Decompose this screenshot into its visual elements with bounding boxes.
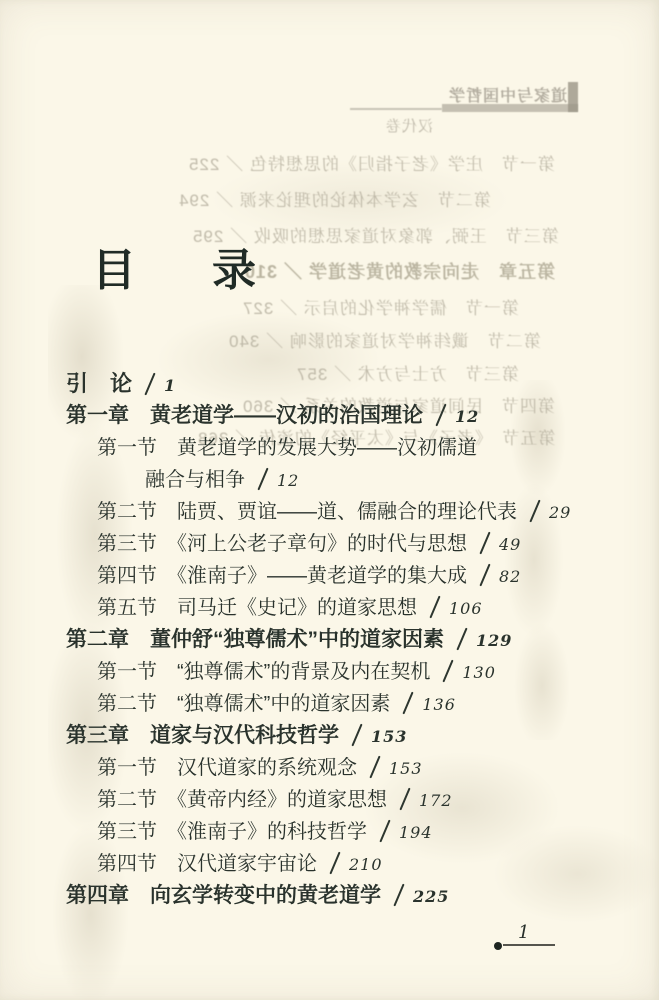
toc-entry-page: 12 [277,471,299,490]
slash-separator [401,691,415,715]
toc-entry-page: 1 [164,376,176,395]
slash-separator [434,403,448,427]
toc-entry-label: 第三节 《淮南子》的科技哲学 [97,821,367,843]
toc-entry: 第四节 汉代道家宇宙论210 [0,848,659,880]
toc-entry: 第三章 道家与汉代科技哲学153 [0,720,659,752]
toc-entry: 融合与相争12 [0,464,659,496]
toc-entry-label: 第二节 陆贾、贾谊——道、儒融合的理论代表 [97,501,517,523]
toc-entry-page: 129 [476,631,512,650]
toc-entry-label: 第二章 董仲舒“独尊儒术”中的道家因素 [66,628,444,651]
slash-separator [350,723,364,747]
toc-entry-label: 引 论 [66,371,132,396]
toc-page-content: 目 录 引 论1 第一章 黄老道学——汉初的治国理论12 第一节 黄老道学的发展… [0,0,659,1000]
toc-entry-label: 第二节 “独尊儒术”中的道家因素 [97,693,390,715]
book-page: 道家与中国哲学 汉代卷 第一节 庄学《老子指归》的思想特色 ／ 225第二节 玄… [0,0,659,1000]
toc-entry-label: 第四节 《淮南子》——黄老道学的集大成 [97,565,467,587]
toc-entry-page: 130 [462,663,496,682]
toc-list: 引 论1 第一章 黄老道学——汉初的治国理论12 第一节 黄老道学的发展大势——… [0,368,659,912]
toc-entry: 第二节 “独尊儒术”中的道家因素136 [0,688,659,720]
toc-entry-label: 第一节 汉代道家的系统观念 [97,757,357,779]
toc-entry-page: 106 [449,599,483,618]
slash-separator [256,467,270,491]
toc-entry-label: 第一节 “独尊儒术”的背景及内在契机 [97,661,430,683]
slash-separator [428,595,442,619]
toc-entry: 引 论1 [0,368,659,400]
toc-entry: 第四章 向玄学转变中的黄老道学225 [0,880,659,912]
toc-entry-page: 153 [371,727,407,746]
toc-entry-page: 194 [399,823,433,842]
toc-entry: 第二节 陆贾、贾谊——道、儒融合的理论代表29 [0,496,659,528]
toc-entry-page: 172 [419,791,453,810]
toc-entry-label: 第三章 道家与汉代科技哲学 [66,724,339,747]
toc-entry-label: 第四章 向玄学转变中的黄老道学 [66,884,381,907]
slash-separator [455,627,469,651]
toc-entry-page: 12 [455,407,479,426]
page-title: 目 录 [92,234,272,298]
toc-entry-label: 第一章 黄老道学——汉初的治国理论 [66,404,423,427]
toc-entry-label: 第五节 司马迁《史记》的道家思想 [97,597,417,619]
slash-separator [328,851,342,875]
toc-entry-label: 第四节 汉代道家宇宙论 [97,853,317,875]
toc-entry: 第一节 黄老道学的发展大势——汉初儒道 [0,432,659,464]
toc-entry-page: 29 [549,503,571,522]
toc-entry-label: 融合与相争 [145,469,245,491]
toc-entry-label: 第三节 《河上公老子章句》的时代与思想 [97,533,467,555]
toc-entry: 第一节 汉代道家的系统观念153 [0,752,659,784]
toc-entry: 第一章 黄老道学——汉初的治国理论12 [0,400,659,432]
slash-separator [478,531,492,555]
toc-entry-label: 第一节 黄老道学的发展大势——汉初儒道 [97,437,477,459]
toc-entry: 第五节 司马迁《史记》的道家思想106 [0,592,659,624]
toc-entry-page: 225 [413,887,449,906]
slash-separator [398,787,412,811]
toc-entry: 第三节 《淮南子》的科技哲学194 [0,816,659,848]
toc-entry: 第一节 “独尊儒术”的背景及内在契机130 [0,656,659,688]
toc-entry: 第二节 《黄帝内经》的道家思想172 [0,784,659,816]
slash-separator [528,499,542,523]
toc-entry-page: 82 [499,567,521,586]
toc-entry-page: 210 [349,855,383,874]
toc-entry-label: 第二节 《黄帝内经》的道家思想 [97,789,387,811]
slash-separator [392,883,406,907]
slash-separator [143,372,157,396]
toc-entry: 第二章 董仲舒“独尊儒术”中的道家因素129 [0,624,659,656]
toc-entry-page: 153 [389,759,423,778]
slash-separator [368,755,382,779]
toc-entry-page: 136 [422,695,456,714]
slash-separator [478,563,492,587]
slash-separator [441,659,455,683]
toc-entry: 第三节 《河上公老子章句》的时代与思想49 [0,528,659,560]
slash-separator [378,819,392,843]
toc-entry-page: 49 [499,535,521,554]
toc-entry: 第四节 《淮南子》——黄老道学的集大成82 [0,560,659,592]
